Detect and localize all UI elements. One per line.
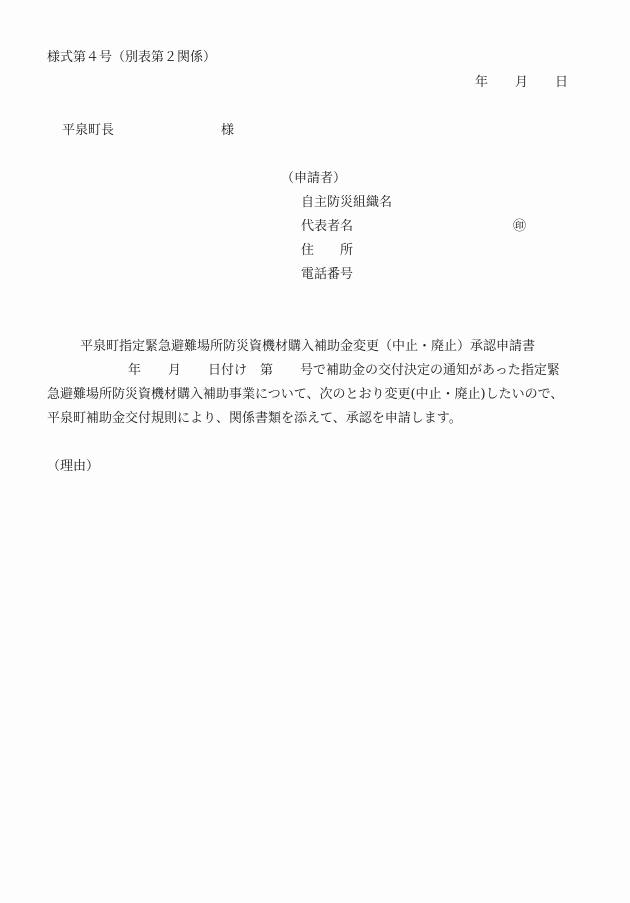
document-title: 平泉町指定緊急避難場所防災資機材購入補助金変更（中止・廃止）承認申請書 <box>80 340 535 353</box>
field-address-label: 住 所 <box>301 244 353 257</box>
field-phone-label: 電話番号 <box>301 268 353 281</box>
date-day-label: 日 <box>555 76 568 89</box>
seal-icon: ㊞ <box>513 220 526 233</box>
form-number: 様式第４号（別表第２関係） <box>47 51 216 64</box>
addressee-honorific: 様 <box>221 124 234 137</box>
date-month-label: 月 <box>515 76 528 89</box>
body-line1-rest: 号で補助金の交付決定の通知があった指定緊 <box>300 364 560 377</box>
addressee-name: 平泉町長 <box>62 124 114 137</box>
applicant-heading: （申請者） <box>281 172 346 185</box>
field-representative-name-label: 代表者名 <box>301 220 353 233</box>
application-form-page: 様式第４号（別表第２関係） 年 月 日 平泉町長 様 （申請者） 自主防災組織名… <box>0 0 630 903</box>
body-line3: 平泉町補助金交付規則により、関係書類を添えて、承認を申請します。 <box>47 412 462 425</box>
field-organization-name-label: 自主防災組織名 <box>301 196 392 209</box>
body-line2: 急避難場所防災資機材購入補助事業について、次のとおり変更(中止・廃止)したいので… <box>47 388 563 401</box>
date-year-label: 年 <box>475 76 488 89</box>
body-day-suffix: 日付け <box>208 364 247 377</box>
body-number-prefix: 第 <box>260 364 273 377</box>
reason-label: （理由） <box>47 460 99 473</box>
body-year: 年 <box>128 364 141 377</box>
body-month: 月 <box>168 364 181 377</box>
